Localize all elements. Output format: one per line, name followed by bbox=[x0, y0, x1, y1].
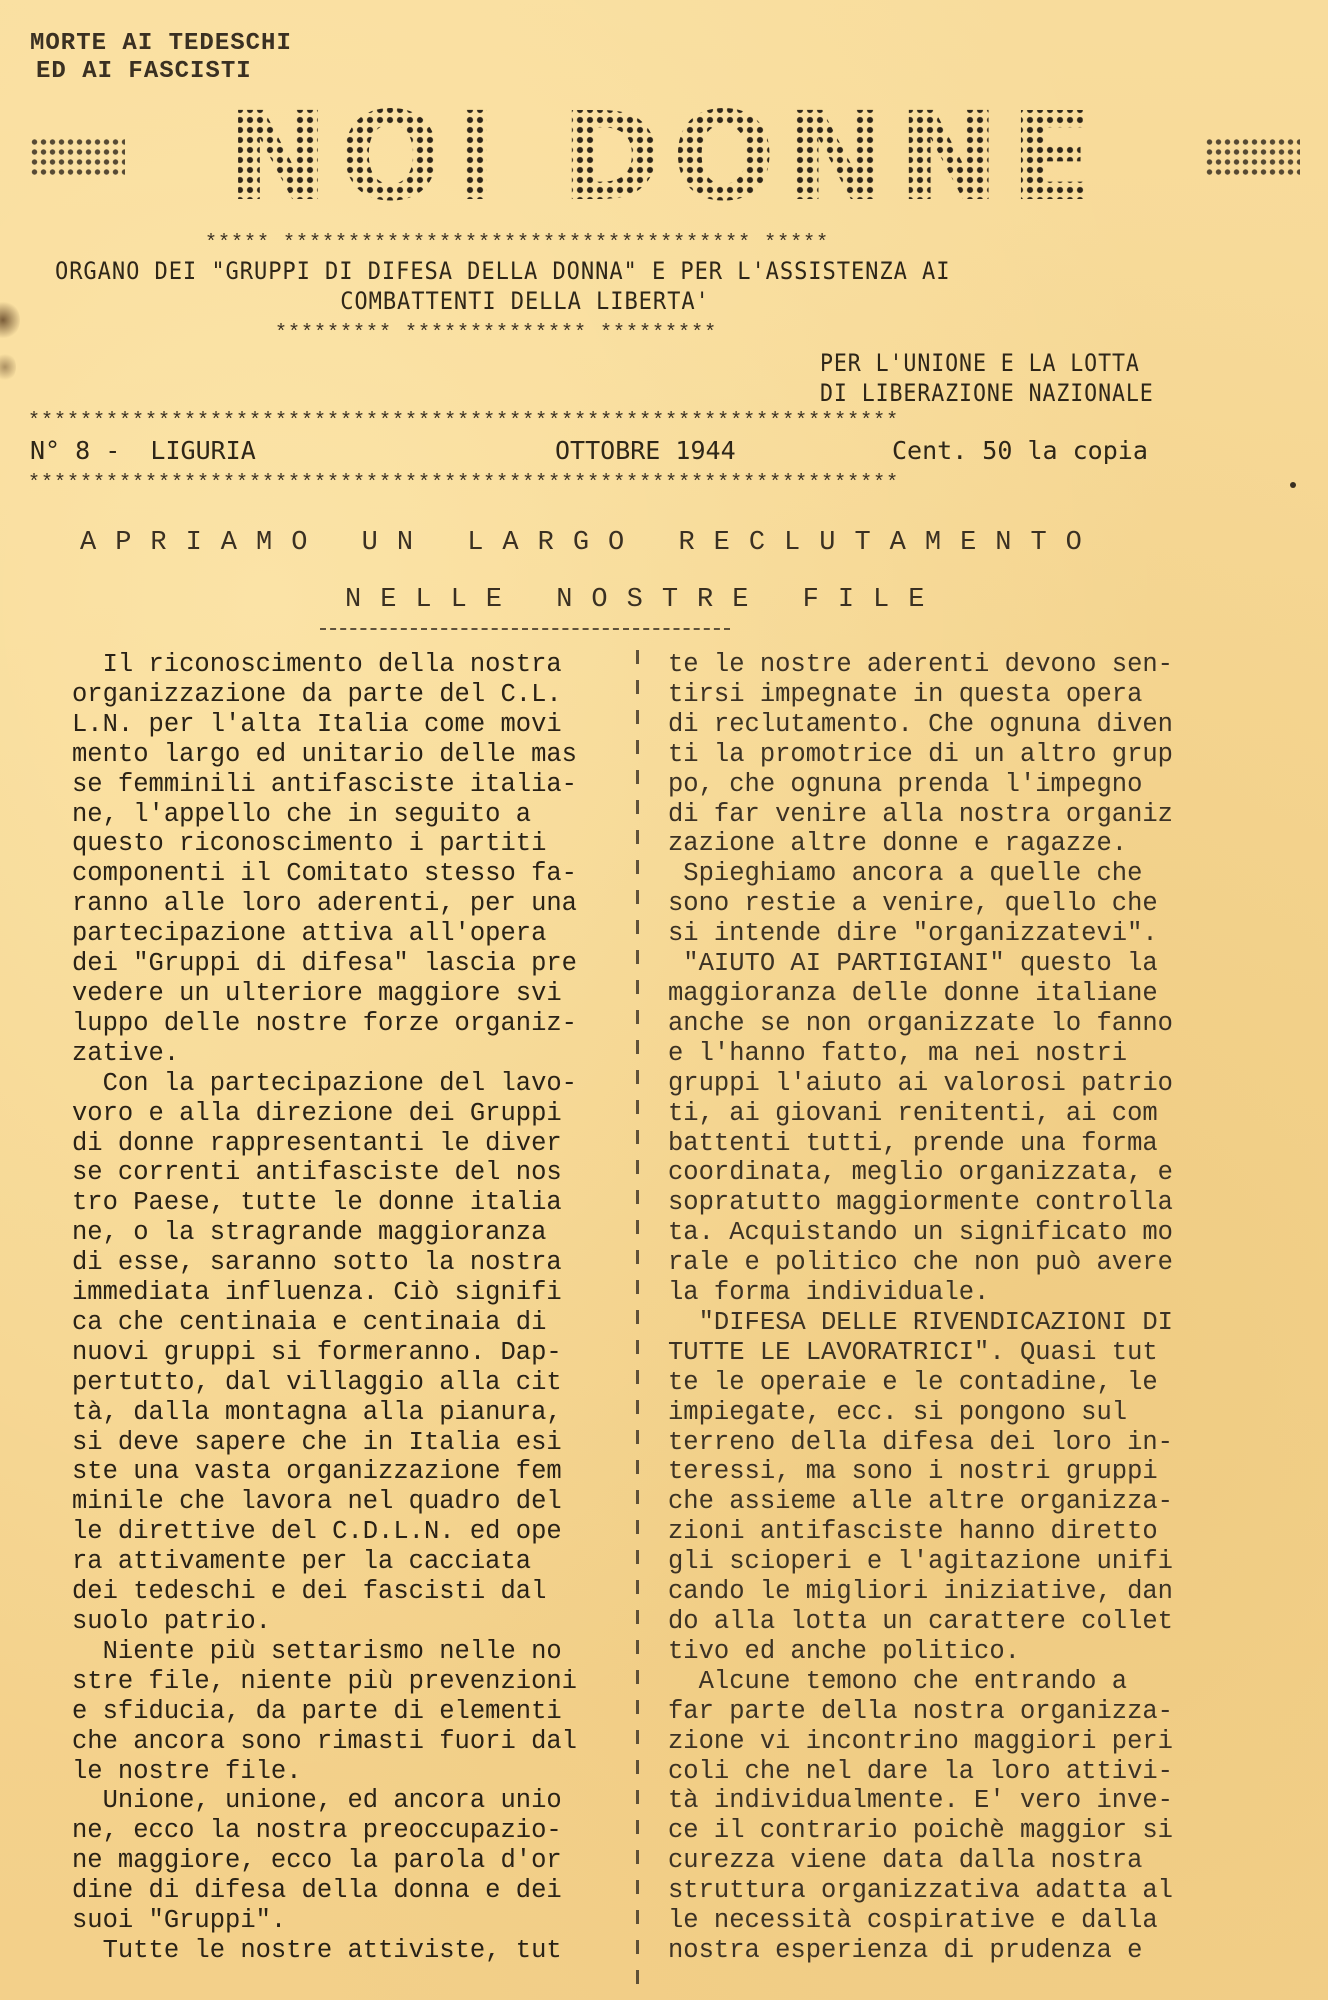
article-line: struttura organizzativa adatta al bbox=[668, 1876, 1173, 1906]
article-line: Alcune temono che entrando a bbox=[668, 1667, 1173, 1697]
issue-price: Cent. 50 la copia bbox=[892, 436, 1148, 466]
article-line: ranno alle loro aderenti, per una bbox=[72, 889, 577, 919]
article-line: "AIUTO AI PARTIGIANI" questo la bbox=[668, 949, 1173, 979]
article-line: far parte della nostra organizza- bbox=[668, 1697, 1173, 1727]
star-rule-upper-full: ****************************************… bbox=[28, 410, 1290, 433]
article-line: "DIFESA DELLE RIVENDICAZIONI DI bbox=[668, 1308, 1173, 1338]
article-line: ti la promotrice di un altro grup bbox=[668, 740, 1173, 770]
article-line: vedere un ulteriore maggiore svi bbox=[72, 979, 577, 1009]
article-line: le direttive del C.D.L.N. ed ope bbox=[72, 1517, 577, 1547]
article-line: componenti il Comitato stesso fa- bbox=[72, 859, 577, 889]
article-line: ti, ai giovani renitenti, ai com bbox=[668, 1099, 1173, 1129]
bullet-dot bbox=[1290, 482, 1296, 488]
article-line: se correnti antifasciste del nos bbox=[72, 1158, 577, 1188]
article-line: partecipazione attiva all'opera bbox=[72, 919, 577, 949]
article-line: Tutte le nostre attiviste, tut bbox=[72, 1936, 577, 1966]
issue-number: N° 8 - LIGURIA bbox=[30, 436, 256, 466]
article-line: gruppi l'aiuto ai valorosi patrio bbox=[668, 1069, 1173, 1099]
masthead-title: NOI DONNE bbox=[125, 95, 1205, 220]
article-line: ca che centinaia e centinaia di bbox=[72, 1308, 577, 1338]
article-line: di donne rappresentanti le diver bbox=[72, 1129, 577, 1159]
article-line: sopratutto maggiormente controlla bbox=[668, 1188, 1173, 1218]
article-line: le necessità cospirative e dalla bbox=[668, 1906, 1173, 1936]
union-slogan: PER L'UNIONE E LA LOTTA DI LIBERAZIONE N… bbox=[820, 348, 1154, 408]
issue-date: OTTOBRE 1944 bbox=[555, 436, 736, 466]
article-line: nuovi gruppi si formeranno. Dap- bbox=[72, 1338, 577, 1368]
article-line: te le operaie e le contadine, le bbox=[668, 1368, 1173, 1398]
article-line: di reclutamento. Che ognuna diven bbox=[668, 710, 1173, 740]
article-line: si deve sapere che in Italia esi bbox=[72, 1428, 577, 1458]
article-line: gli scioperi e l'agitazione unifi bbox=[668, 1547, 1173, 1577]
article-line: di far venire alla nostra organiz bbox=[668, 800, 1173, 830]
article-line: Unione, unione, ed ancora unio bbox=[72, 1786, 577, 1816]
article-line: minile che lavora nel quadro del bbox=[72, 1487, 577, 1517]
star-rule-top: ***** **********************************… bbox=[205, 232, 1105, 255]
article-line: Spieghiamo ancora a quelle che bbox=[668, 859, 1173, 889]
masthead: NOI DONNE bbox=[30, 95, 1300, 220]
article-line: cando le migliori iniziative, dan bbox=[668, 1577, 1173, 1607]
article-line: anche se non organizzate lo fanno bbox=[668, 1009, 1173, 1039]
star-rule-mid: ********* ************** ********* bbox=[275, 322, 935, 345]
article-line: ste una vasta organizzazione fem bbox=[72, 1457, 577, 1487]
organ-subtitle: ORGANO DEI "GRUPPI DI DIFESA DELLA DONNA… bbox=[55, 256, 1187, 316]
article-line: Con la partecipazione del lavo- bbox=[72, 1069, 577, 1099]
article-line: zazione altre donne e ragazze. bbox=[668, 829, 1173, 859]
article-line: Niente più settarismo nelle no bbox=[72, 1637, 577, 1667]
article-line: si intende dire "organizzatevi". bbox=[668, 919, 1173, 949]
article-line: le nostre file. bbox=[72, 1757, 577, 1787]
article-line: zioni antifasciste hanno diretto bbox=[668, 1517, 1173, 1547]
article-line: pertutto, dal villaggio alla cit bbox=[72, 1368, 577, 1398]
article-line: sono restie a venire, quello che bbox=[668, 889, 1173, 919]
union-line-2: DI LIBERAZIONE NAZIONALE bbox=[820, 378, 1154, 408]
article-line: impiegate, ecc. si pongono sul bbox=[668, 1398, 1173, 1428]
article-line: tirsi impegnate in questa opera bbox=[668, 680, 1173, 710]
article-line: dine di difesa della donna e dei bbox=[72, 1876, 577, 1906]
article-line: tà individualmente. E' vero inve- bbox=[668, 1786, 1173, 1816]
dotted-bar-right-icon bbox=[1205, 137, 1300, 179]
article-line: nostra esperienza di prudenza e bbox=[668, 1936, 1173, 1966]
column-divider bbox=[636, 650, 639, 1985]
article-column-right: te le nostre aderenti devono sen-tirsi i… bbox=[668, 650, 1173, 1966]
article-line: voro e alla direzione dei Gruppi bbox=[72, 1099, 577, 1129]
article-line: po, che ognuna prenda l'impegno bbox=[668, 770, 1173, 800]
article-line: di esse, saranno sotto la nostra bbox=[72, 1248, 577, 1278]
dotted-bar-left-icon bbox=[30, 137, 125, 179]
article-line: se femminili antifasciste italia- bbox=[72, 770, 577, 800]
article-line: tro Paese, tutte le donne italia bbox=[72, 1188, 577, 1218]
slogan: MORTE AI TEDESCHI ED AI FASCISTI bbox=[30, 30, 292, 86]
article-line: ne maggiore, ecco la parola d'or bbox=[72, 1846, 577, 1876]
article-line: suoi "Gruppi". bbox=[72, 1906, 577, 1936]
article-line: luppo delle nostre forze organiz- bbox=[72, 1009, 577, 1039]
article-line: coordinata, meglio organizzata, e bbox=[668, 1158, 1173, 1188]
organ-line-2: COMBATTENTI DELLA LIBERTA' bbox=[55, 286, 1187, 316]
article-line: curezza viene data dalla nostra bbox=[668, 1846, 1173, 1876]
article-line: e l'hanno fatto, ma nei nostri bbox=[668, 1039, 1173, 1069]
article-line: zative. bbox=[72, 1039, 577, 1069]
article-line: immediata influenza. Ciò signifi bbox=[72, 1278, 577, 1308]
article-line: te le nostre aderenti devono sen- bbox=[668, 650, 1173, 680]
article-line: ra attivamente per la cacciata bbox=[72, 1547, 577, 1577]
article-line: dei "Gruppi di difesa" lascia pre bbox=[72, 949, 577, 979]
article-line: suolo patrio. bbox=[72, 1607, 577, 1637]
article-line: questo riconoscimento i partiti bbox=[72, 829, 577, 859]
article-line: ce il contrario poichè maggior si bbox=[668, 1816, 1173, 1846]
organ-line-1: ORGANO DEI "GRUPPI DI DIFESA DELLA DONNA… bbox=[55, 256, 1187, 286]
article-line: maggioranza delle donne italiane bbox=[668, 979, 1173, 1009]
article-line: battenti tutti, prende una forma bbox=[668, 1129, 1173, 1159]
headline-line-2: NELLE NOSTRE FILE bbox=[345, 585, 943, 615]
article-line: e sfiducia, da parte di elementi bbox=[72, 1697, 577, 1727]
article-line: teressi, ma sono i nostri gruppi bbox=[668, 1457, 1173, 1487]
slogan-line-2: ED AI FASCISTI bbox=[30, 58, 292, 86]
article-line: terreno della difesa dei loro in- bbox=[668, 1428, 1173, 1458]
article-line: che ancora sono rimasti fuori dal bbox=[72, 1727, 577, 1757]
slogan-line-1: MORTE AI TEDESCHI bbox=[30, 30, 292, 58]
headline-underline bbox=[320, 628, 730, 630]
article-line: ta. Acquistando un significato mo bbox=[668, 1218, 1173, 1248]
article-line: tivo ed anche politico. bbox=[668, 1637, 1173, 1667]
article-line: organizzazione da parte del C.L. bbox=[72, 680, 577, 710]
article-line: ne, l'appello che in seguito a bbox=[72, 800, 577, 830]
headline-line-1: APRIAMO UN LARGO RECLUTAMENTO bbox=[80, 528, 1101, 558]
article-line: do alla lotta un carattere collet bbox=[668, 1607, 1173, 1637]
article-line: zione vi incontrino maggiori peri bbox=[668, 1727, 1173, 1757]
article-column-left: Il riconoscimento della nostraorganizzaz… bbox=[72, 650, 577, 1966]
article-line: ne, ecco la nostra preoccupazio- bbox=[72, 1816, 577, 1846]
article-line: coli che nel dare la loro attivi- bbox=[668, 1757, 1173, 1787]
article-line: Il riconoscimento della nostra bbox=[72, 650, 577, 680]
union-line-1: PER L'UNIONE E LA LOTTA bbox=[820, 348, 1154, 378]
article-line: dei tedeschi e dei fascisti dal bbox=[72, 1577, 577, 1607]
article-line: rale e politico che non può avere bbox=[668, 1248, 1173, 1278]
article-line: stre file, niente più prevenzioni bbox=[72, 1667, 577, 1697]
article-line: L.N. per l'alta Italia come movi bbox=[72, 710, 577, 740]
article-line: tà, dalla montagna alla pianura, bbox=[72, 1398, 577, 1428]
star-rule-lower-full: ****************************************… bbox=[28, 472, 1290, 495]
article-line: TUTTE LE LAVORATRICI". Quasi tut bbox=[668, 1338, 1173, 1368]
article-line: ne, o la stragrande maggioranza bbox=[72, 1218, 577, 1248]
article-line: la forma individuale. bbox=[668, 1278, 1173, 1308]
article-line: mento largo ed unitario delle mas bbox=[72, 740, 577, 770]
article-line: che assieme alle altre organizza- bbox=[668, 1487, 1173, 1517]
